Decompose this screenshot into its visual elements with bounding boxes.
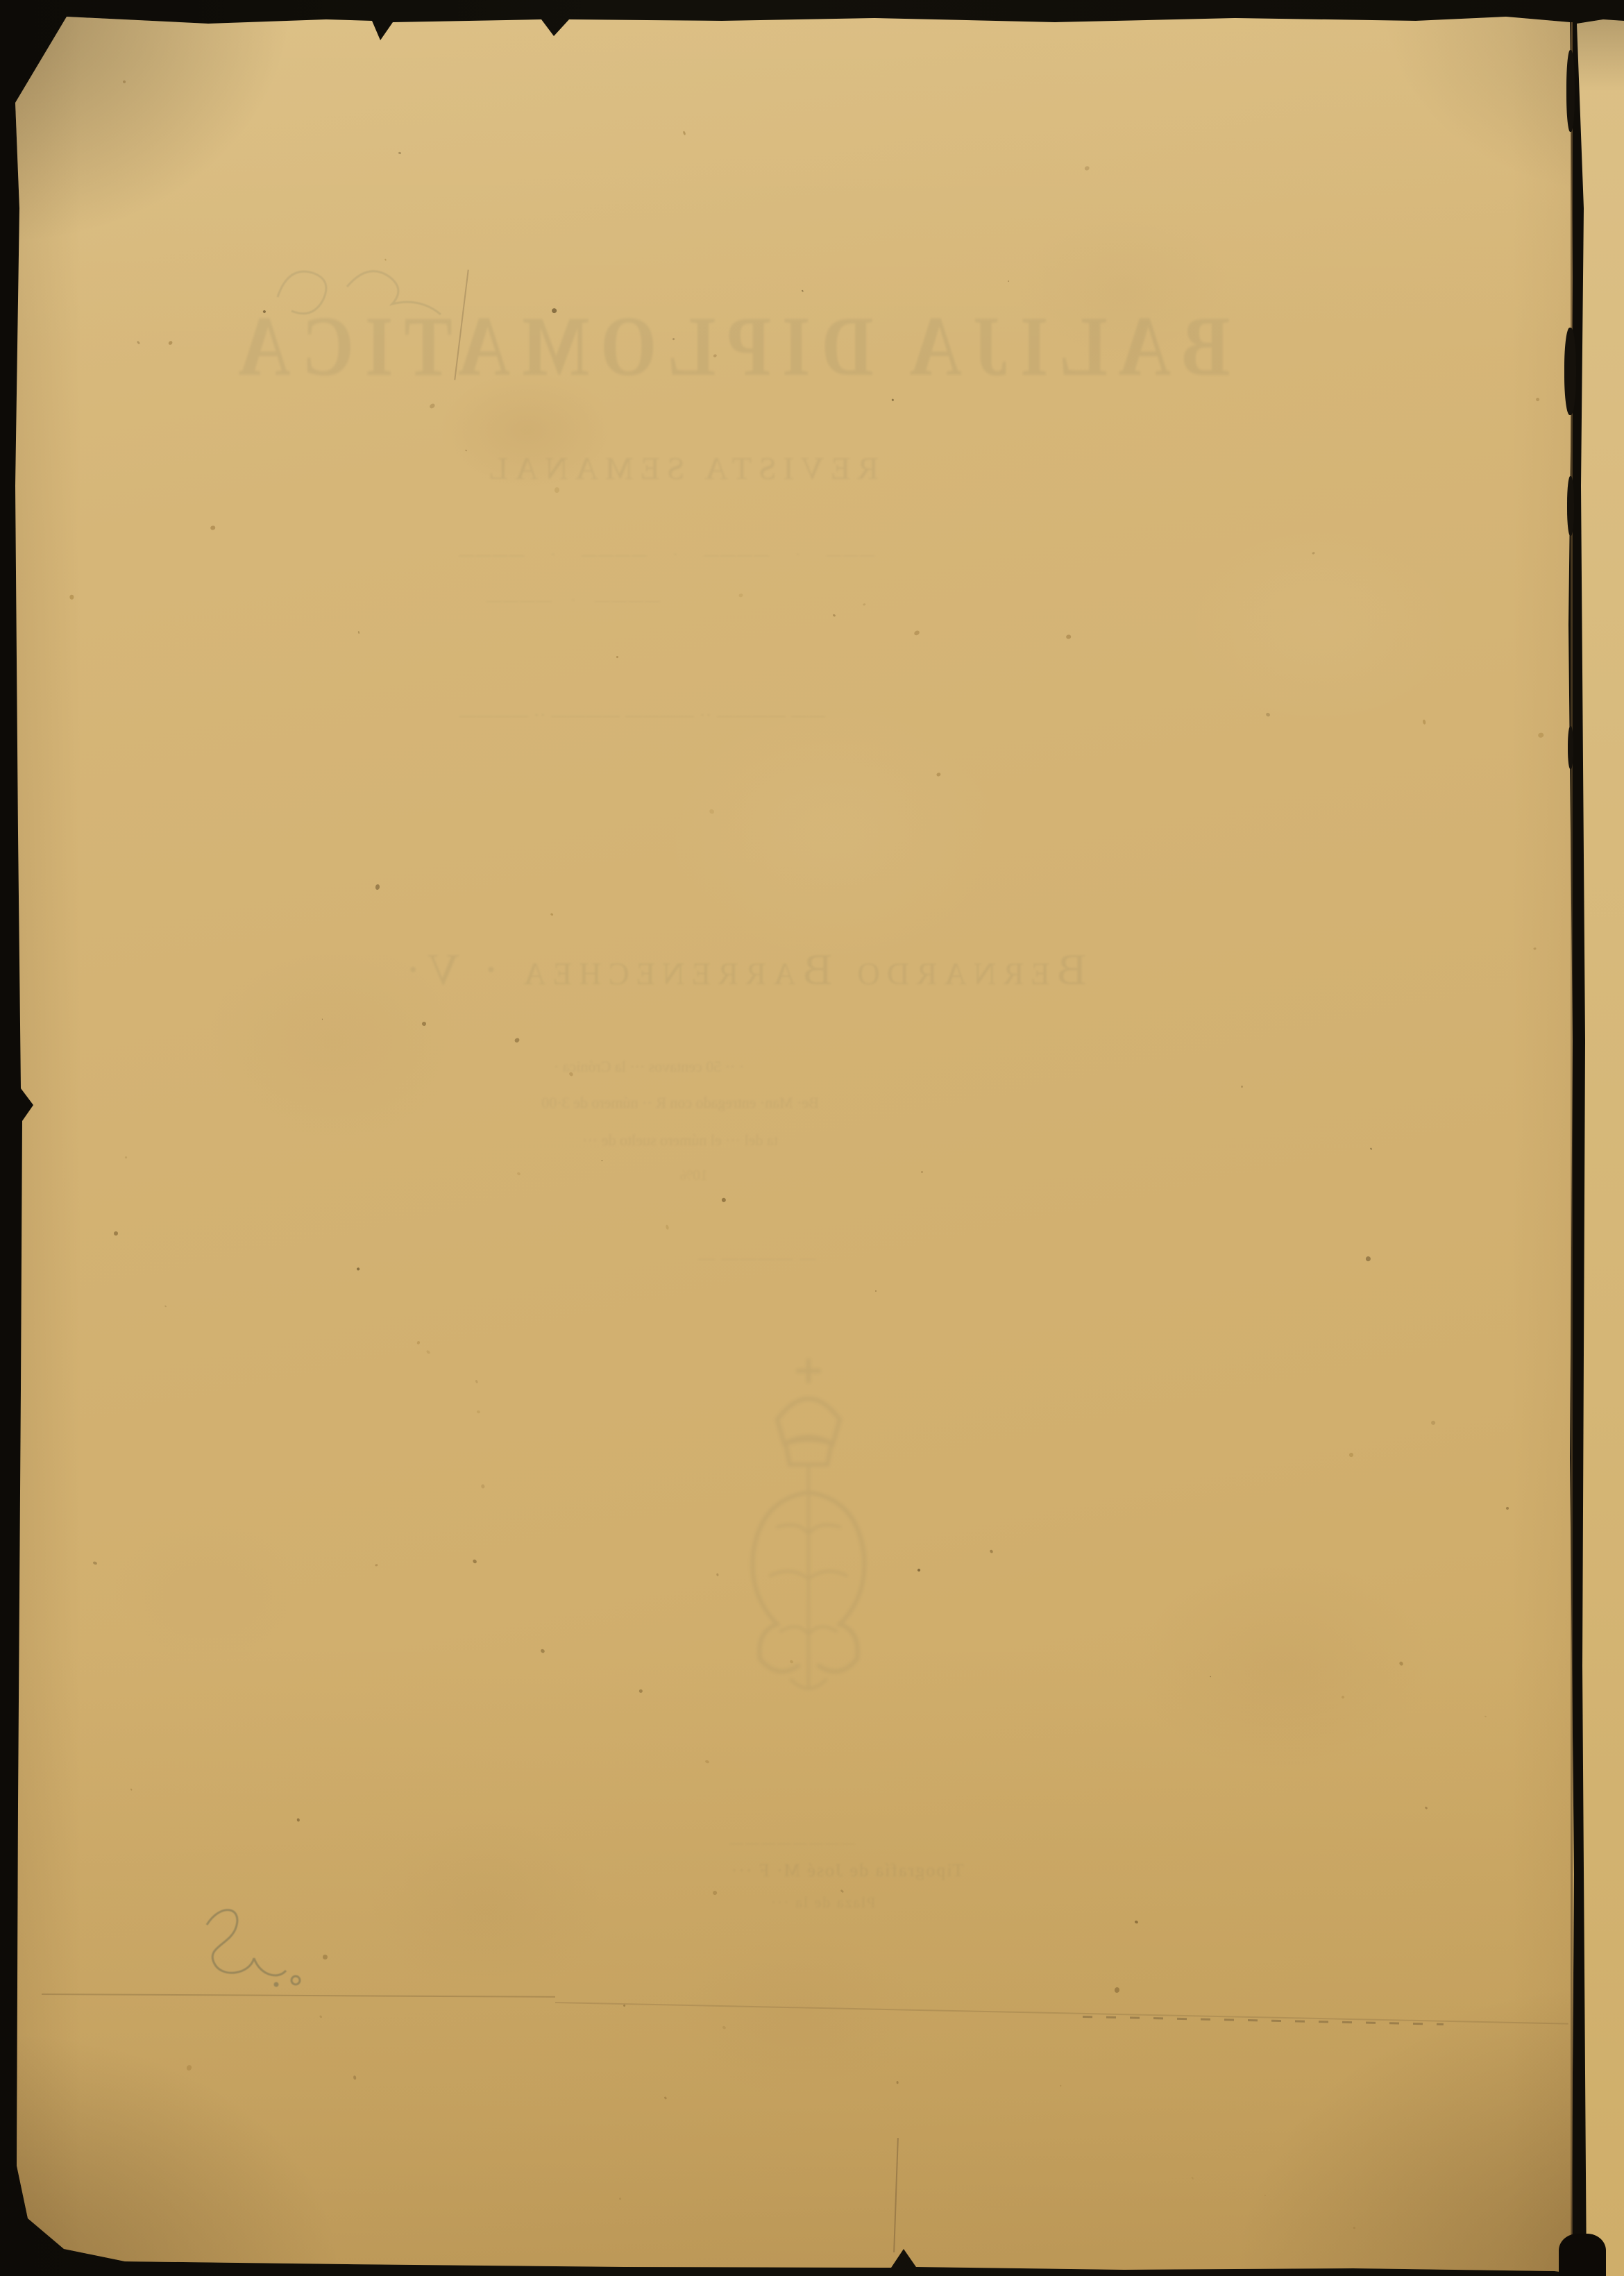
book-scan: BALIJA DIPLOMATICA REVISTA SEMANAL ——— ·…: [0, 0, 1624, 2276]
tear-gap: [1566, 50, 1575, 132]
page-paper: BALIJA DIPLOMATICA REVISTA SEMANAL ——— ·…: [0, 0, 1624, 2276]
tear-gap: [1567, 476, 1574, 536]
tear-gap: [1564, 328, 1576, 415]
tear-gap: [1568, 726, 1573, 769]
tear-gap-bottom: [1559, 2234, 1606, 2276]
scan-vignette: [0, 0, 1624, 2276]
